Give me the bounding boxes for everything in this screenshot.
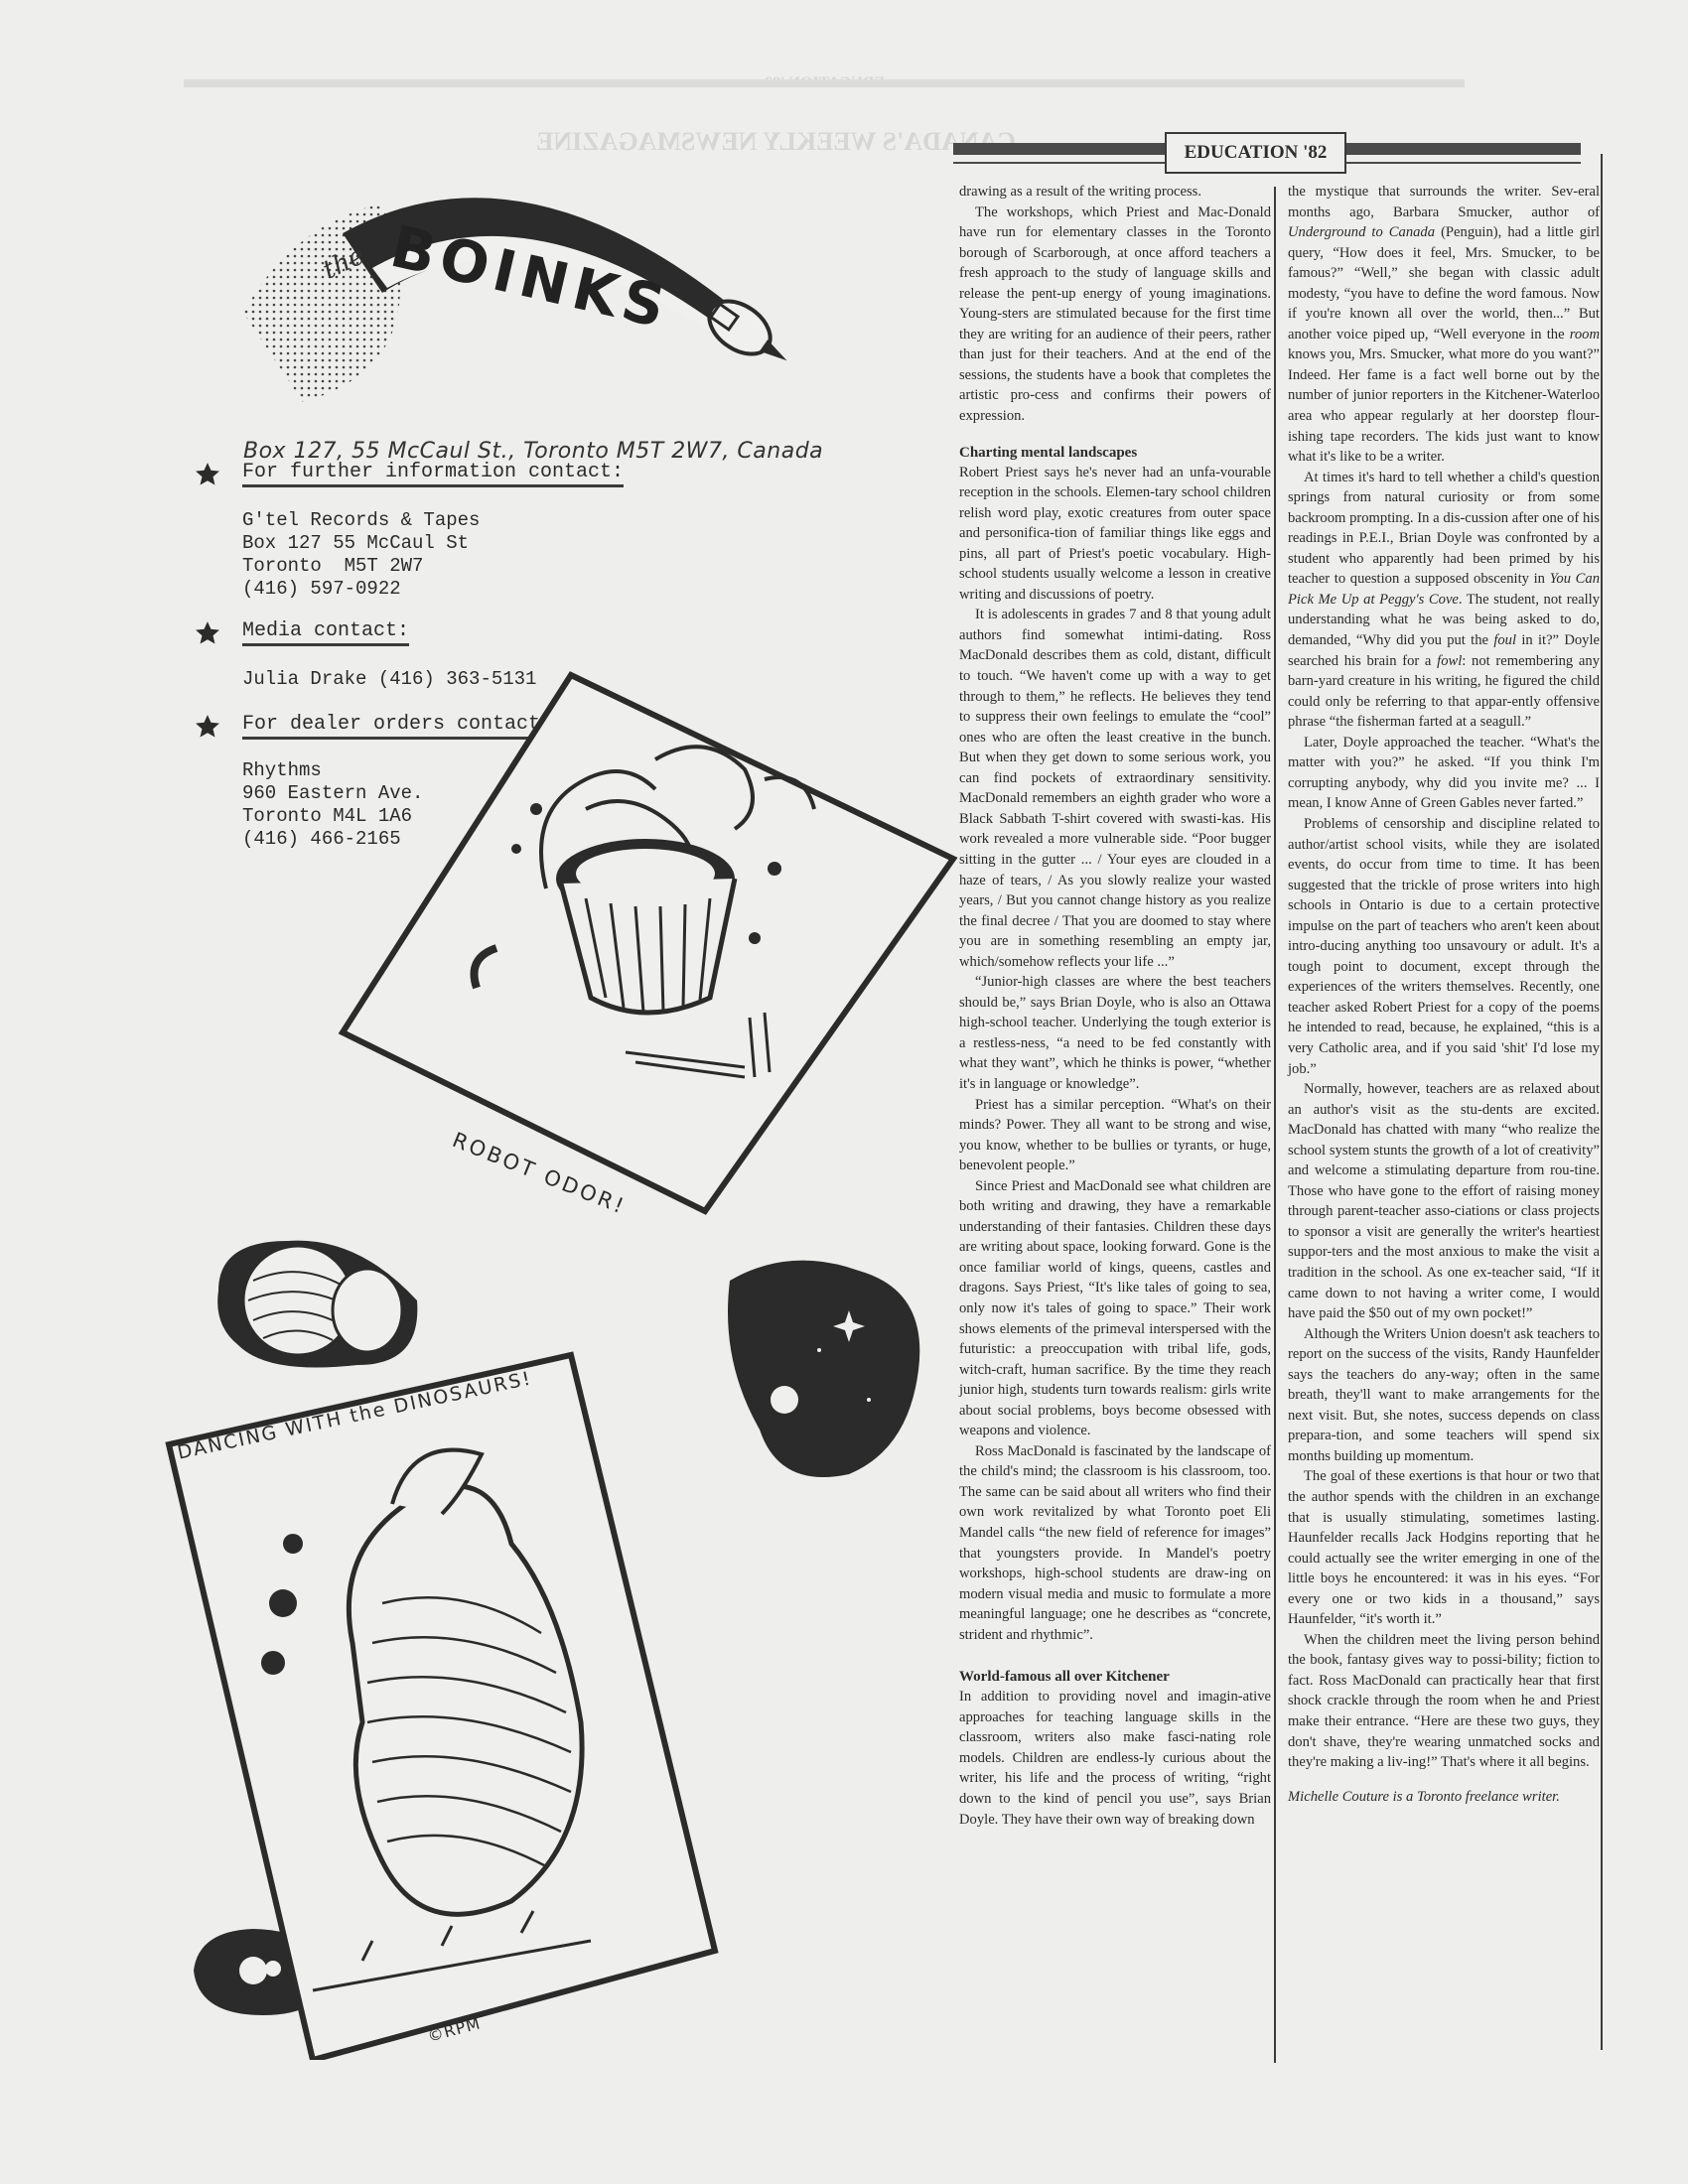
contact-heading: For further information contact: <box>242 461 624 487</box>
paragraph: “Junior-high classes are where the best … <box>959 972 1271 1094</box>
column-divider <box>1274 187 1276 2063</box>
dinosaur-drawing-icon <box>164 1345 720 2060</box>
bleed-through-rule <box>184 79 1465 87</box>
article-column-2: the mystique that surrounds the writer. … <box>1288 182 1600 1807</box>
paragraph: The goal of these exertions is that hour… <box>1288 1466 1600 1629</box>
subheading-charting-mental-landscapes: Charting mental landscapes <box>959 443 1271 463</box>
paragraph: When the children meet the living person… <box>1288 1630 1600 1773</box>
paragraph: In addition to providing novel and imagi… <box>959 1687 1271 1830</box>
paragraph: It is adolescents in grades 7 and 8 that… <box>959 605 1271 972</box>
contact-heading: Media contact: <box>242 619 409 646</box>
paragraph: Normally, however, teachers are as relax… <box>1288 1079 1600 1324</box>
right-border-rule <box>1601 154 1603 2050</box>
article-column-1: drawing as a result of the writing proce… <box>959 182 1271 1830</box>
subheading-world-famous: World-famous all over Kitchener <box>959 1667 1271 1687</box>
paragraph: drawing as a result of the writing proce… <box>959 182 1271 203</box>
paragraph: Ross MacDonald is fascinated by the land… <box>959 1441 1271 1645</box>
star-bullet-icon <box>195 620 220 646</box>
contact-further-info: For further information contact: G'tel R… <box>195 461 624 601</box>
paragraph: Priest has a similar perception. “What's… <box>959 1095 1271 1176</box>
paragraph: the mystique that surrounds the writer. … <box>1288 182 1600 468</box>
book-title: Underground to Canada <box>1288 224 1435 240</box>
paragraph: Robert Priest says he's never had an unf… <box>959 463 1271 606</box>
author-byline: Michelle Couture is a Toronto freelance … <box>1288 1787 1600 1808</box>
section-header: EDUCATION '82 <box>953 137 1581 177</box>
contact-line: Toronto M5T 2W7 <box>242 555 624 578</box>
contact-phone: (416) 597-0922 <box>242 578 624 601</box>
contact-line: G'tel Records & Tapes <box>242 509 624 532</box>
paragraph: Problems of censorship and discipline re… <box>1288 814 1600 1079</box>
illustration-robot-odor: ROBOT ODOR! ©RPM <box>328 670 963 1246</box>
illustration-dancing-dinosaurs: DANCING WITH the DINOSAURS! ©RPM <box>164 1345 720 2060</box>
space-blob-right-icon <box>700 1251 933 1484</box>
boinks-logo: the BOINKS <box>223 164 839 407</box>
paragraph: The workshops, which Priest and Mac-Dona… <box>959 203 1271 427</box>
bleed-through-masthead: CANADA'S WEEKLY NEWSMAGAZINE <box>536 127 1016 157</box>
contact-line: Box 127 55 McCaul St <box>242 532 624 555</box>
star-bullet-icon <box>195 462 220 487</box>
star-bullet-icon <box>195 714 220 740</box>
robot-odor-drawing-icon <box>328 670 963 1246</box>
paragraph: Since Priest and MacDonald see what chil… <box>959 1176 1271 1441</box>
paragraph: At times it's hard to tell whether a chi… <box>1288 468 1600 733</box>
bleed-through-header: EDUCATION '82 <box>765 74 885 92</box>
paragraph: Later, Doyle approached the teacher. “Wh… <box>1288 733 1600 814</box>
section-header-label: EDUCATION '82 <box>1165 132 1346 174</box>
paragraph: Although the Writers Union doesn't ask t… <box>1288 1324 1600 1467</box>
